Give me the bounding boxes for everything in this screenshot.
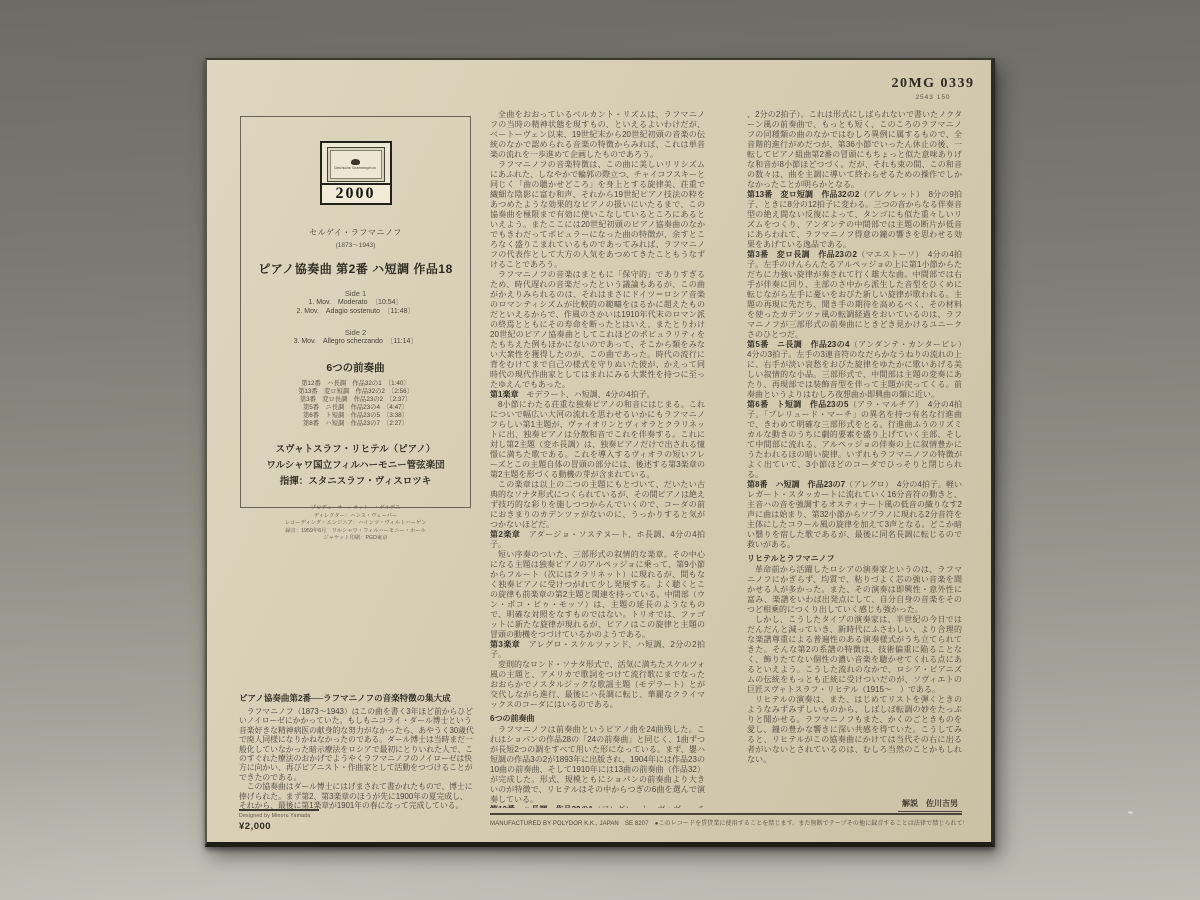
- paragraph: 8小節にわたる荘重な独奏ピアノの和音にはじまる。これについで幅広い大河の流れを思…: [490, 400, 705, 480]
- paragraph: 、2分の2拍子）。これは形式にしばられないで書いたノクターン風の前奏曲で、もっと…: [747, 110, 962, 190]
- side2-label: Side 2: [241, 328, 470, 337]
- paragraph: ラフマニノフ（1873〜1943）はこの曲を書く3年ほど前からひどいノイローゼに…: [239, 707, 475, 782]
- dg-cartouche: Deutsche Grammophon: [322, 143, 390, 183]
- paragraph: 第6番 ト短調 作品23の5（アラ・マルチア） 4分の4拍子。「プレリュード・マ…: [747, 400, 962, 480]
- paragraph: この楽章は以上の二つの主題にもとづいて、だいたい古典的なソナタ形式につくられてい…: [490, 480, 705, 530]
- pianist-name: スヴャトスラフ・リヒテル（ピアノ）: [241, 441, 470, 455]
- footer-divider: [490, 813, 962, 815]
- matrix-number: 2543 150: [853, 94, 1013, 101]
- side2-tracklist: 3. Mov. Allegro scherzando 〔11:14〕: [241, 337, 470, 346]
- paragraph-lead: 第6番 ト短調 作品23の5: [747, 400, 848, 409]
- paragraph-lead: 第5番 ニ長調 作品23の4: [747, 340, 849, 349]
- dg-tulip-icon: [351, 159, 360, 165]
- paragraph: 全曲をおおっているベルカント・リズムは、ラフマニノフの当時の精神状態を現すもの、…: [490, 110, 705, 160]
- dg-label-name: Deutsche Grammophon: [335, 166, 377, 170]
- title-info-box: Deutsche Grammophon 2000 セルゲイ・ラフマニノフ (18…: [240, 116, 471, 508]
- list-item: プロデューサー：オットー・ゲルデス: [241, 505, 470, 513]
- paragraph: この協奏曲はダール博士にはげまされて書かれたもので、博士に捧げられた。まず第2、…: [239, 782, 475, 810]
- photo-backdrop: 20MG 0339 2543 150 Deutsche Grammophon 2…: [0, 0, 1200, 900]
- paragraph: しかし、こうしたタイプの演奏家は、半世紀の今日ではだんだんと減っていき、新時代に…: [747, 615, 962, 695]
- series-2000-logo: 2000: [322, 183, 390, 203]
- list-item: レコーディング・エンジニア：ハインツ・ヴィルトハーゲン: [241, 520, 470, 528]
- preludes-heading: 6つの前奏曲: [241, 360, 470, 375]
- price-block: Designed by Minoru Yamada ¥2,000: [239, 809, 475, 832]
- paragraph: ラフマニノフは前奏曲というピアノ曲を24曲残した。これはショパンの作品28の「2…: [490, 725, 705, 805]
- prelude-item: 第6番 ト短調 作品23の5 〔3:38〕: [241, 412, 470, 420]
- paragraph: 変則的なロンド・ソナタ形式で、活気に満ちたスケルツォ風の主題と、アメリカで歌詞を…: [490, 660, 705, 710]
- section-heading: リヒテルとラフマニノフ: [747, 554, 962, 564]
- essay-paragraphs: ラフマニノフ（1873〜1943）はこの曲を書く3年ほど前からひどいノイローゼに…: [239, 707, 475, 810]
- essay-block: ピアノ協奏曲第2番──ラフマニノフの音楽特徴の集大成 ラフマニノフ（1873〜1…: [239, 692, 475, 810]
- paragraph: 短い序奏のついた、三部形式の叙情的な楽章。その中心になる主題は独奏ピアノのアルペ…: [490, 550, 705, 640]
- list-item: 3. Mov. Allegro scherzando 〔11:14〕: [241, 337, 470, 346]
- paragraph-lead: 第8番 ハ短調 作品23の7: [747, 480, 845, 489]
- paragraph-lead: 第12番 ハ長調 作品32の1: [490, 805, 593, 808]
- dust-speck: [1128, 811, 1133, 814]
- catalog-number: 20MG 0339: [853, 76, 1013, 92]
- manufacturer-line: MANUFACTURED BY POLYDOR K.K., JAPAN SE 8…: [490, 818, 964, 827]
- essay-heading: ピアノ協奏曲第2番──ラフマニノフの音楽特徴の集大成: [239, 692, 475, 704]
- prelude-item: 第12番 ハ長調 作品32の1 〔1:40〕: [241, 380, 470, 388]
- paragraph: リヒテルの演奏は、また、はじめてリストを弾くときのようなみずみずしいものから、し…: [747, 695, 962, 765]
- paragraph: 第1楽章 モデラート、ハ短調、4分の4拍子。: [490, 390, 705, 400]
- prelude-item: 第8番 ハ短調 作品23の7 〔2:27〕: [241, 420, 470, 428]
- prelude-item: 第5番 ニ長調 作品23の4 〔4:47〕: [241, 404, 470, 412]
- price-divider: [239, 809, 319, 811]
- paragraph: ラフマニノフの音楽特徴は、この曲に美しいリリシズムにあふれた、しなやかで輪郭の際…: [490, 160, 705, 270]
- liner-notes-column-middle: 全曲をおおっているベルカント・リズムは、ラフマニノフの当時の精神状態を現すもの、…: [490, 110, 705, 808]
- conductor-name: 指揮：スタニスラフ・ヴィスロツキ: [241, 473, 470, 487]
- preludes-tracklist: 第12番 ハ長調 作品32の1 〔1:40〕第13番 変ロ短調 作品32の2 〔…: [241, 380, 470, 428]
- list-item: 2. Mov. Adagio sostenuto 〔11:48〕: [241, 307, 470, 316]
- list-item: ジャケット印刷：PGD東京: [241, 535, 470, 543]
- paragraph: 第8番 ハ短調 作品23の7（アレグロ） 4分の4拍子。軽いレガート・スタッカー…: [747, 480, 962, 550]
- paragraph: 第3番 変ロ長調 作品23の2（マエストーソ） 4分の4拍子。左手のけんらんたる…: [747, 250, 962, 340]
- paragraph-lead: 第3楽章: [490, 640, 520, 649]
- paragraph: 第2楽章 アダージョ・ソステヌート、ホ長調、4分の4拍子。: [490, 530, 705, 550]
- liner-notes-author: 解説 佐川吉男: [747, 793, 962, 812]
- composer-dates: (1873〜1943): [241, 240, 470, 249]
- paragraph: ラフマニノフの音楽はまともに「保守的」でありすぎるため、時代遅れの音楽だったとい…: [490, 270, 705, 390]
- production-credits: プロデューサー：オットー・ゲルデスディレクター：ハンス・ヴェーバーレコーディング…: [241, 505, 470, 543]
- prelude-item: 第13番 変ロ短調 作品32の2 〔2:56〕: [241, 388, 470, 396]
- liner-notes-column-right: 、2分の2拍子）。これは形式にしばられないで書いたノクターン風の前奏曲で、もっと…: [747, 110, 962, 792]
- orchestra-name: ワルシャワ国立フィルハーモニー管弦楽団: [241, 457, 470, 471]
- price-label: ¥2,000: [239, 821, 475, 832]
- paragraph-lead: 第1楽章: [490, 390, 518, 399]
- paragraph-lead: 第13番 変ロ短調 作品32の2: [747, 190, 859, 199]
- section-heading: 6つの前奏曲: [490, 714, 705, 724]
- prelude-item: 第3番 変ロ長調 作品23の2 〔2:37〕: [241, 396, 470, 404]
- designer-credit: Designed by Minoru Yamada: [239, 813, 475, 819]
- paragraph-lead: 第3番 変ロ長調 作品23の2: [747, 250, 857, 259]
- side1-tracklist: 1. Mov. Moderato 〔10:54〕2. Mov. Adagio s…: [241, 298, 470, 316]
- list-item: 1. Mov. Moderato 〔10:54〕: [241, 298, 470, 307]
- paragraph: 第12番 ハ長調 作品32の1（アレグレット・ヴィヴァーチェ）: [490, 805, 705, 808]
- paragraph: 革命前から活躍したロシアの演奏家というのは、ラフマニノフにかぎらず、均質で、粘り…: [747, 565, 962, 615]
- paragraph: 第3楽章 アレグロ・スケルツァンド、ハ短調、2分の2拍子。: [490, 640, 705, 660]
- paragraph: 第5番 ニ長調 作品23の4（アンダンテ・カンタービレ） 4分の3拍子。左手の3…: [747, 340, 962, 400]
- album-title: ピアノ協奏曲 第2番 ハ短調 作品18: [241, 260, 470, 277]
- composer-name: セルゲイ・ラフマニノフ: [241, 227, 470, 238]
- paragraph: 第13番 変ロ短調 作品32の2（アレグレット） 8分の9拍子、ときに8分の12…: [747, 190, 962, 250]
- side1-label: Side 1: [241, 289, 470, 298]
- catalog-block: 20MG 0339 2543 150: [853, 76, 1013, 101]
- paragraph-lead: 第2楽章: [490, 530, 520, 539]
- record-sleeve-back: 20MG 0339 2543 150 Deutsche Grammophon 2…: [205, 58, 995, 847]
- dg-logo-block: Deutsche Grammophon 2000: [320, 141, 392, 205]
